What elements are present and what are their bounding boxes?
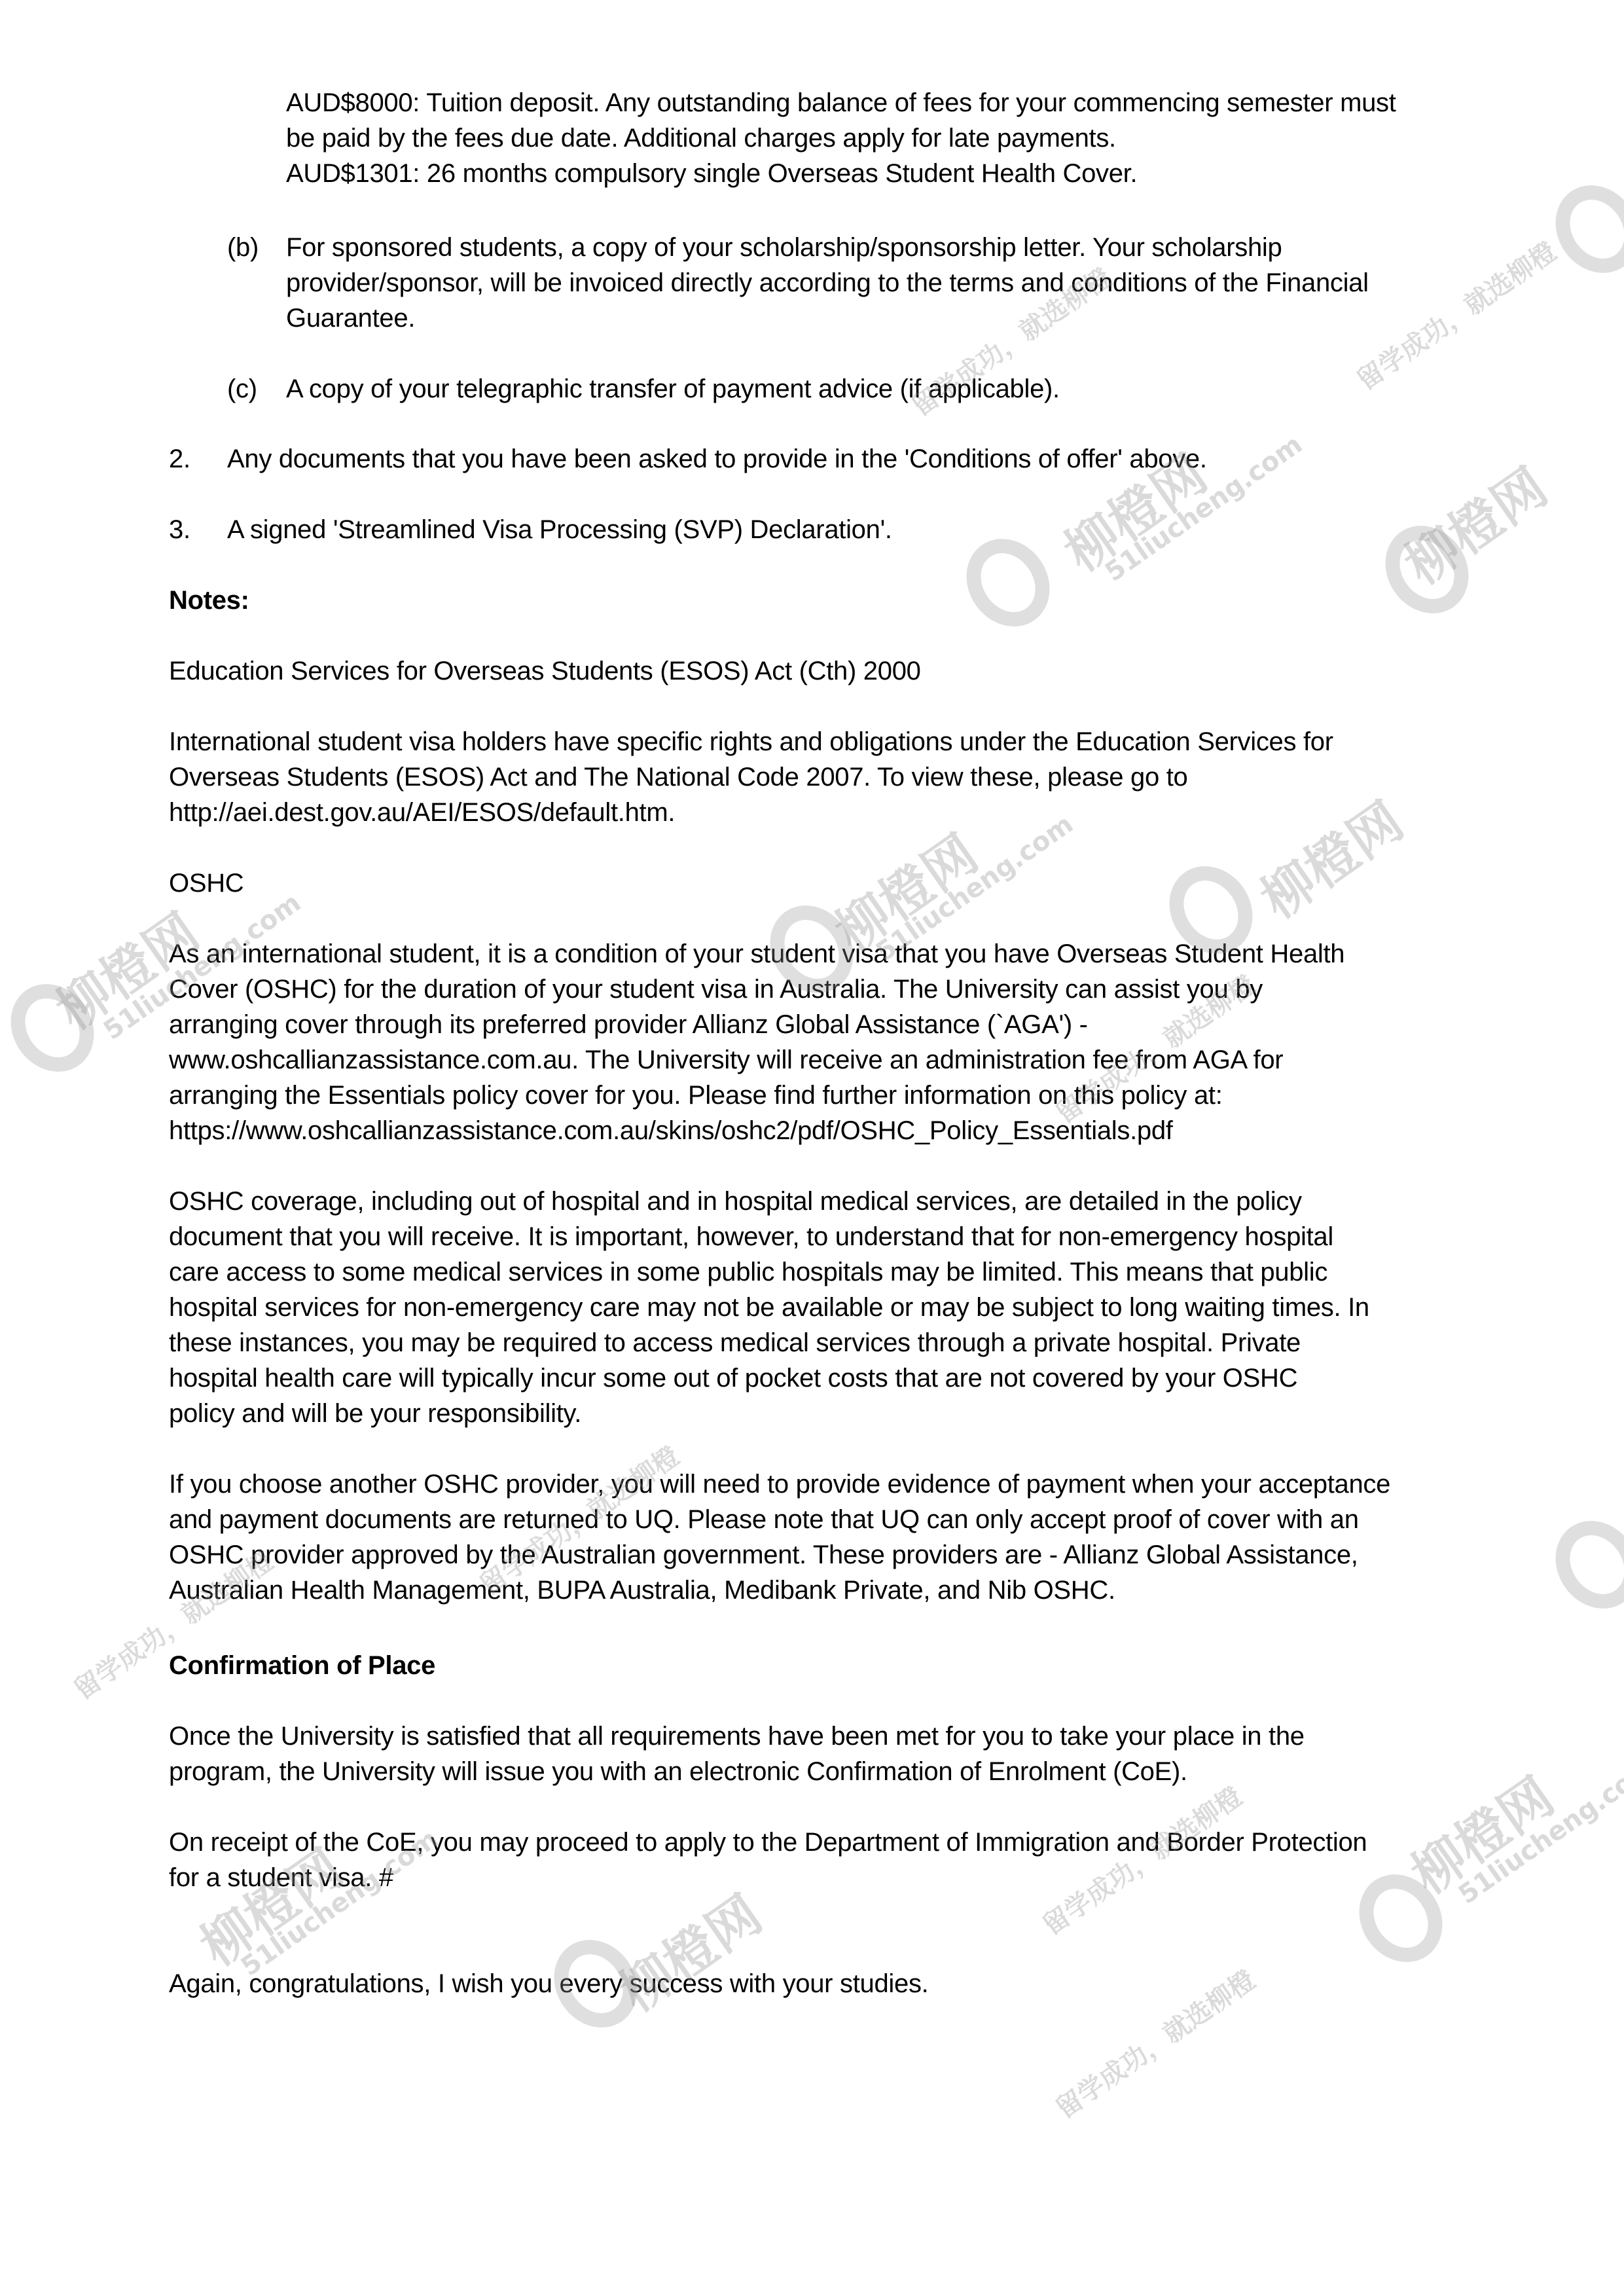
watermark-logo-icon	[0, 968, 111, 1088]
watermark-brand: 柳橙网	[602, 1874, 774, 2026]
oshc-line: Australian Health Management, BUPA Austr…	[169, 1573, 1491, 1608]
watermark-slogan: 留学成功，就选柳橙	[1047, 1960, 1262, 2126]
oshc-line: OSHC coverage, including out of hospital…	[169, 1184, 1491, 1219]
oshc-title: OSHC	[169, 866, 244, 901]
confirmation-line: for a student visa. #	[169, 1860, 1491, 1895]
esos-line: International student visa holders have …	[169, 724, 1491, 759]
esos-paragraph: International student visa holders have …	[169, 724, 1491, 830]
payment-item-b-marker: (b)	[227, 230, 259, 265]
watermark-logo-icon	[1369, 509, 1486, 630]
watermark-logo-icon	[950, 522, 1067, 643]
numbered-item-text: Any documents that you have been asked t…	[227, 441, 1207, 477]
oshc-policy-link[interactable]: https://www.oshcallianzassistance.com.au…	[169, 1113, 1491, 1148]
oshc-line: Cover (OSHC) for the duration of your st…	[169, 972, 1491, 1007]
oshc-line: www.oshcallianzassistance.com.au. The Un…	[169, 1042, 1491, 1078]
numbered-item-marker: 3.	[169, 512, 190, 547]
payment-item-a: AUD$8000: Tuition deposit. Any outstandi…	[286, 85, 1608, 191]
numbered-item-marker: 2.	[169, 441, 190, 477]
payment-item-b-line: Guarantee.	[286, 301, 1608, 336]
confirmation-heading: Confirmation of Place	[169, 1648, 435, 1683]
oshc-paragraph-1: As an international student, it is a con…	[169, 936, 1491, 1148]
oshc-line: As an international student, it is a con…	[169, 936, 1491, 972]
confirmation-line: program, the University will issue you w…	[169, 1754, 1491, 1789]
oshc-line: hospital health care will typically incu…	[169, 1360, 1491, 1396]
confirmation-paragraph-2: On receipt of the CoE, you may proceed t…	[169, 1825, 1491, 1895]
esos-link[interactable]: http://aei.dest.gov.au/AEI/ESOS/default.…	[169, 795, 1491, 830]
payment-item-b-line: For sponsored students, a copy of your s…	[286, 230, 1608, 265]
oshc-line: care access to some medical services in …	[169, 1254, 1491, 1290]
payment-item-a-line: AUD$8000: Tuition deposit. Any outstandi…	[286, 85, 1608, 120]
confirmation-paragraph-1: Once the University is satisfied that al…	[169, 1719, 1491, 1789]
payment-item-a-line: AUD$1301: 26 months compulsory single Ov…	[286, 156, 1608, 191]
confirmation-line: On receipt of the CoE, you may proceed t…	[169, 1825, 1491, 1860]
esos-title: Education Services for Overseas Students…	[169, 653, 921, 689]
document-page: AUD$8000: Tuition deposit. Any outstandi…	[0, 0, 1624, 2296]
oshc-line: OSHC provider approved by the Australian…	[169, 1537, 1491, 1573]
closing-line: Again, congratulations, I wish you every…	[169, 1966, 928, 2001]
payment-item-a-line: be paid by the fees due date. Additional…	[286, 120, 1608, 156]
watermark-logo-icon	[1539, 1504, 1624, 1625]
watermark-brand: 柳橙网	[1388, 446, 1560, 598]
oshc-paragraph-3: If you choose another OSHC provider, you…	[169, 1467, 1491, 1608]
payment-item-c: A copy of your telegraphic transfer of p…	[286, 371, 1060, 407]
oshc-line: policy and will be your responsibility.	[169, 1396, 1491, 1431]
confirmation-line: Once the University is satisfied that al…	[169, 1719, 1491, 1754]
notes-heading: Notes:	[169, 583, 249, 618]
payment-item-c-marker: (c)	[227, 371, 257, 407]
oshc-line: and payment documents are returned to UQ…	[169, 1502, 1491, 1537]
oshc-line: hospital services for non-emergency care…	[169, 1290, 1491, 1325]
esos-line: Overseas Students (ESOS) Act and The Nat…	[169, 759, 1491, 795]
oshc-line: If you choose another OSHC provider, you…	[169, 1467, 1491, 1502]
oshc-line: arranging cover through its preferred pr…	[169, 1007, 1491, 1042]
payment-item-b-line: provider/sponsor, will be invoiced direc…	[286, 265, 1608, 301]
oshc-line: document that you will receive. It is im…	[169, 1219, 1491, 1254]
payment-item-b: For sponsored students, a copy of your s…	[286, 230, 1608, 336]
oshc-line: these instances, you may be required to …	[169, 1325, 1491, 1360]
numbered-item-text: A signed 'Streamlined Visa Processing (S…	[227, 512, 892, 547]
oshc-paragraph-2: OSHC coverage, including out of hospital…	[169, 1184, 1491, 1431]
oshc-line: arranging the Essentials policy cover fo…	[169, 1078, 1491, 1113]
